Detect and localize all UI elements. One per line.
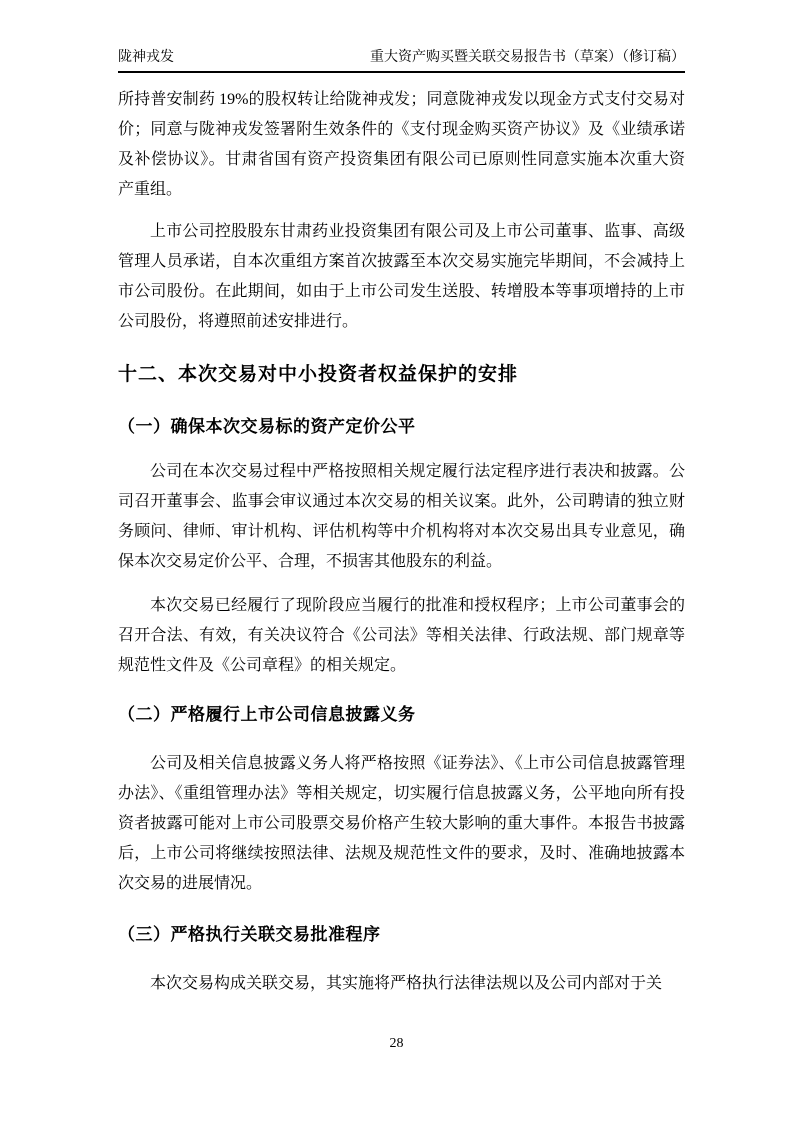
header-company-short-name: 陇神戎发: [118, 48, 174, 68]
page-header: 陇神戎发 重大资产购买暨关联交易报告书（草案）（修订稿）: [118, 48, 685, 73]
paragraph-continuation: 所持普安制药 19%的股权转让给陇神戎发；同意陇神戎发以现金方式支付交易对价；同…: [118, 85, 685, 205]
document-body: 所持普安制药 19%的股权转让给陇神戎发；同意陇神戎发以现金方式支付交易对价；同…: [118, 85, 685, 999]
paragraph-shareholder-commitment: 上市公司控股股东甘肃药业投资集团有限公司及上市公司董事、监事、高级管理人员承诺，…: [118, 217, 685, 337]
page-number: 28: [390, 1036, 404, 1051]
document-page: 陇神戎发 重大资产购买暨关联交易报告书（草案）（修订稿） 所持普安制药 19%的…: [0, 0, 793, 1122]
paragraph-information-disclosure: 公司及相关信息披露义务人将严格按照《证券法》、《上市公司信息披露管理办法》、《重…: [118, 749, 685, 899]
subsection-title-3: （三）严格执行关联交易批准程序: [118, 923, 685, 947]
paragraph-related-transaction: 本次交易构成关联交易，其实施将严格执行法律法规以及公司内部对于关: [118, 969, 685, 999]
subsection-title-2: （二）严格履行上市公司信息披露义务: [118, 703, 685, 727]
paragraph-approval-procedures: 本次交易已经履行了现阶段应当履行的批准和授权程序；上市公司董事会的召开合法、有效…: [118, 591, 685, 681]
subsection-title-1: （一）确保本次交易标的资产定价公平: [118, 415, 685, 439]
header-document-title: 重大资产购买暨关联交易报告书（草案）（修订稿）: [370, 48, 685, 68]
paragraph-pricing-fairness: 公司在本次交易过程中严格按照相关规定履行法定程序进行表决和披露。公司召开董事会、…: [118, 457, 685, 577]
page-footer: 28: [0, 1036, 793, 1052]
section-title-12: 十二、本次交易对中小投资者权益保护的安排: [118, 361, 685, 389]
